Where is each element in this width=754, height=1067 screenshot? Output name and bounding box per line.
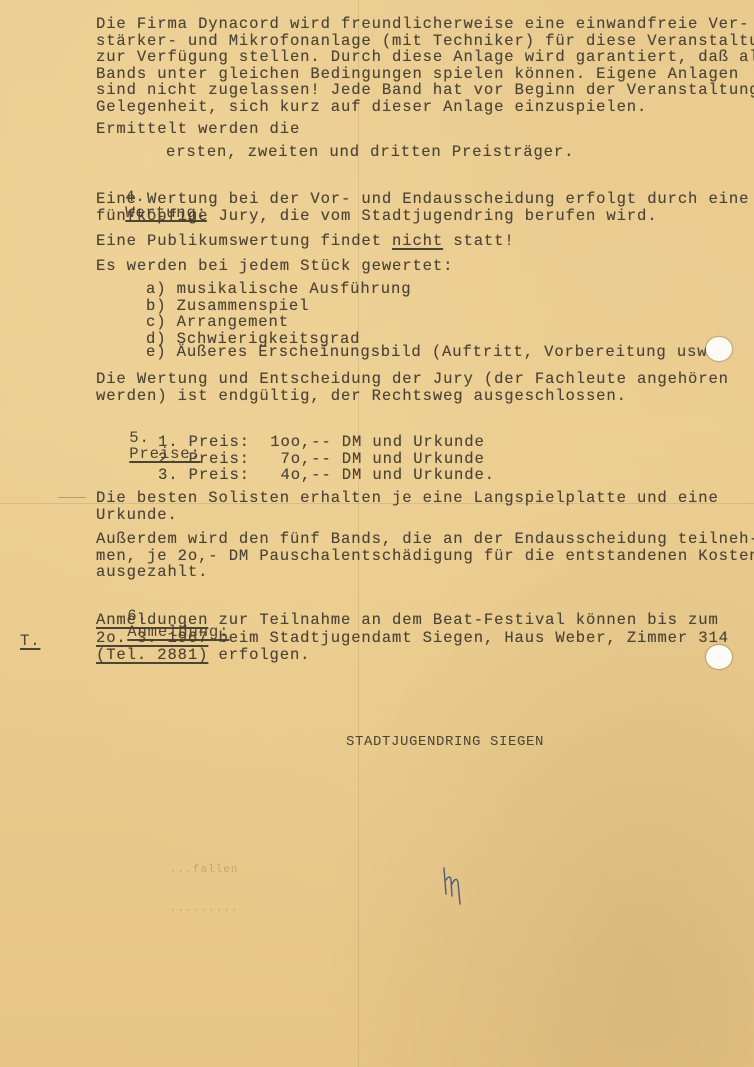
criteria-text: Äußeres Erscheinungsbild (Auftritt, Vorb… — [177, 343, 728, 361]
criteria-text: Zusammenspiel — [177, 297, 310, 315]
registration-line: Anmeldungen zur Teilnahme an dem Beat-Fe… — [96, 612, 719, 629]
criteria-label: c) — [146, 313, 166, 331]
prize-label: 1. Preis: — [158, 433, 250, 451]
audience-line-before: Eine Publikumswertung findet — [96, 232, 392, 250]
text-line: Die Wertung und Entscheidung der Jury (d… — [96, 371, 729, 388]
punch-hole — [706, 645, 732, 669]
prize-text: DM und Urkunde. — [342, 466, 495, 484]
criteria-item: b) Zusammenspiel — [146, 298, 309, 315]
criteria-text: musikalische Ausführung — [177, 280, 412, 298]
margin-mark: T. — [20, 632, 40, 650]
text-line: Urkunde. — [96, 507, 178, 524]
scanned-document-page: Die Firma Dynacord wird freundlicherweis… — [0, 0, 754, 1067]
determined-line: Ermittelt werden die — [96, 121, 300, 138]
scan-mark — [58, 497, 86, 498]
audience-line-emphasis: nicht — [392, 232, 443, 250]
text-line: ausgezahlt. — [96, 564, 208, 581]
text-line: stärker- und Mikrofonanlage (mit Technik… — [96, 33, 754, 50]
registration-line: 2o. 3. 1967 beim Stadtjugendamt Siegen, … — [96, 630, 729, 647]
criteria-label: a) — [146, 280, 166, 298]
criteria-item: e) Äußeres Erscheinungsbild (Auftritt, V… — [146, 344, 728, 361]
registration-phone: (Tel. 2881) — [96, 646, 208, 664]
text-line: Eine Wertung bei der Vor- und Endaussche… — [96, 191, 749, 208]
ghost-line: ......... — [170, 903, 238, 916]
criteria-label: e) — [146, 343, 166, 361]
text-line: Die Firma Dynacord wird freundlicherweis… — [96, 16, 749, 33]
registration-rest: beim Stadtjugendamt Siegen, Haus Weber, … — [208, 629, 729, 647]
audience-rating-line: Eine Publikumswertung findet nicht statt… — [96, 233, 515, 250]
registration-rest: zur Teilnahme an dem Beat-Festival könne… — [208, 611, 718, 629]
criteria-intro: Es werden bei jedem Stück gewertet: — [96, 258, 453, 275]
criteria-label: b) — [146, 297, 166, 315]
criteria-text: Arrangement — [177, 313, 289, 331]
signature-block: STADTJUGENDRING SIEGEN — [346, 734, 544, 750]
text-line: werden) ist endgültig, der Rechtsweg aus… — [96, 388, 627, 405]
text-line: Außerdem wird den fünf Bands, die an der… — [96, 531, 754, 548]
registration-underlined: Anmeldungen — [96, 611, 208, 629]
prize-item: 1. Preis: 1oo,-- DM und Urkunde — [158, 434, 485, 451]
text-line: men, je 2o,- DM Pauschalentschädigung fü… — [96, 548, 754, 565]
text-line: Die besten Solisten erhalten je eine Lan… — [96, 490, 719, 507]
text-line: sind nicht zugelassen! Jede Band hat vor… — [96, 82, 754, 99]
prize-amount: 1oo,-- — [270, 433, 331, 451]
prize-item: 2. Preis: 7o,-- DM und Urkunde — [158, 451, 485, 468]
audience-line-after: statt! — [443, 232, 514, 250]
margin-mark-text: T. — [20, 632, 40, 650]
prize-text: DM und Urkunde — [342, 433, 485, 451]
prize-winners-line: ersten, zweiten und dritten Preisträger. — [166, 144, 574, 161]
text-line: zur Verfügung stellen. Durch diese Anlag… — [96, 49, 754, 66]
prize-amount: 7o,-- — [270, 450, 331, 468]
punch-hole — [706, 337, 732, 361]
handwritten-initial-icon — [440, 866, 470, 910]
text-line: fünfköpfige Jury, die vom Stadtjugendrin… — [96, 208, 657, 225]
ghost-line: ...fallen — [170, 864, 238, 877]
prize-text: DM und Urkunde — [342, 450, 485, 468]
registration-rest: erfolgen. — [208, 646, 310, 664]
text-line: Gelegenheit, sich kurz auf dieser Anlage… — [96, 99, 647, 116]
prize-item: 3. Preis: 4o,-- DM und Urkunde. — [158, 467, 495, 484]
registration-line: (Tel. 2881) erfolgen. — [96, 647, 310, 664]
text-line: Bands unter gleichen Bedingungen spielen… — [96, 66, 739, 83]
criteria-item: c) Arrangement — [146, 314, 289, 331]
prize-label: 2. Preis: — [158, 450, 250, 468]
prize-amount: 4o,-- — [270, 466, 331, 484]
registration-date: 2o. 3. 1967 — [96, 629, 208, 647]
prize-label: 3. Preis: — [158, 466, 250, 484]
section-5-number: 5. — [129, 429, 149, 447]
criteria-item: a) musikalische Ausführung — [146, 281, 411, 298]
bleed-through-text: ...fallen ......... — [170, 838, 238, 942]
